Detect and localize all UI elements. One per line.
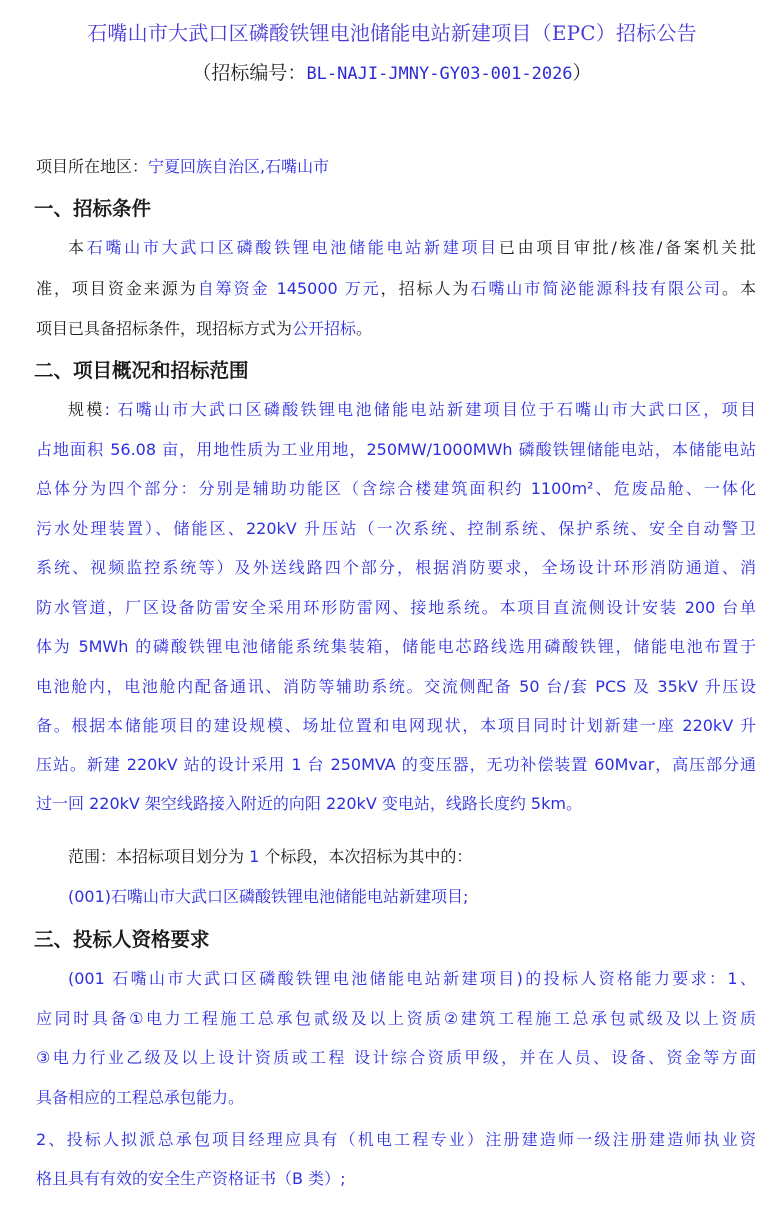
- project-name-highlight: 石嘴山市大武口区磷酸铁锂电池储能电站新建项目: [87, 238, 499, 257]
- section1-line: 项目已具备招标条件，现招标方式为公开招标。: [36, 318, 756, 340]
- text-span: 已由项目审批/核准/备案机关批: [499, 238, 756, 257]
- section-heading-tender-conditions: 一、招标条件: [34, 196, 151, 222]
- section3-line: 2、投标人拟派总承包项目经理应具有（机电工程专业）注册建造师一级注册建造师执业资: [36, 1129, 756, 1151]
- region-label: 项目所在地区：: [36, 157, 148, 176]
- section2-line: 系统、视频监控系统等）及外送线路四个部分，根据消防要求，全场设计环形消防通道、消: [36, 557, 756, 579]
- section2-line: 污水处理装置）、储能区、220kV 升压站（一次系统、控制系统、保护系统、安全自…: [36, 518, 756, 540]
- section2-line: 体为 5MWh 的磷酸铁锂电池储能系统集装箱，储能电芯路线选用磷酸铁锂，储能电池…: [36, 636, 756, 658]
- project-region: 项目所在地区：宁夏回族自治区,石嘴山市: [36, 156, 329, 178]
- section3-line: 应同时具备①电力工程施工总承包贰级及以上资质②建筑工程施工总承包贰级及以上资质: [36, 1008, 756, 1030]
- section2-line: 总体分为四个部分：分别是辅助功能区（含综合楼建筑面积约 1100m²、危废品舱、…: [36, 478, 756, 500]
- tender-number-prefix: （招标编号：: [192, 62, 306, 84]
- tender-number: （招标编号：BL-NAJI-JMNY-GY03-001-2026）: [0, 59, 784, 88]
- section-heading-bidder-qualifications: 三、投标人资格要求: [34, 927, 210, 953]
- tender-code: BL-NAJI-JMNY-GY03-001-2026: [306, 64, 572, 84]
- section2-line: 规模: 石嘴山市大武口区磷酸铁锂电池储能电站新建项目位于石嘴山市大武口区，项目: [68, 399, 756, 421]
- text-span: 。: [356, 319, 372, 338]
- section1-line: 准，项目资金来源为自筹资金 145000 万元，招标人为石嘴山市简泌能源科技有限…: [36, 278, 756, 300]
- tenderer-highlight: 石嘴山市简泌能源科技有限公司: [470, 279, 722, 298]
- scale-label: 规模: [68, 400, 105, 419]
- text-span: 项目已具备招标条件，现招标方式为: [36, 319, 292, 338]
- text-span: 准，项目资金来源为: [36, 279, 198, 298]
- funding-highlight: 自筹资金 145000 万元: [198, 279, 381, 298]
- section2-line: 防水管道，厂区设备防雷安全采用环形防雷网、接地系统。本项目直流侧设计安装 200…: [36, 597, 756, 619]
- lot-item: (001)石嘴山市大武口区磷酸铁锂电池储能电站新建项目;: [68, 886, 756, 908]
- lot-count: 1: [249, 847, 259, 866]
- text-span: : 石嘴山市大武口区磷酸铁锂电池储能电站新建项目位于石嘴山市大武口区，项目: [105, 400, 756, 419]
- section2-line: 过一回 220kV 架空线路接入附近的向阳 220kV 变电站，线路长度约 5k…: [36, 793, 756, 815]
- text-span: 。本: [722, 279, 756, 298]
- section3-line: 具备相应的工程总承包能力。: [36, 1087, 756, 1109]
- text-span: 本: [68, 238, 87, 257]
- scope-line: 范围：本招标项目划分为 1 个标段，本次招标为其中的：: [68, 846, 756, 868]
- section-heading-project-overview: 二、项目概况和招标范围: [34, 358, 249, 384]
- section3-line: ③电力行业乙级及以上设计资质或工程 设计综合资质甲级，并在人员、设备、资金等方面: [36, 1047, 756, 1069]
- section3-line: (001 石嘴山市大武口区磷酸铁锂电池储能电站新建项目)的投标人资格能力要求：1…: [68, 968, 756, 990]
- text-span: ，招标人为: [381, 279, 471, 298]
- tender-number-suffix: ）: [573, 62, 592, 84]
- text-span: 个标段，本次招标为其中的：: [264, 847, 472, 866]
- section1-line: 本石嘴山市大武口区磷酸铁锂电池储能电站新建项目已由项目审批/核准/备案机关批: [68, 237, 756, 259]
- text-span: 范围：本招标项目划分为: [68, 847, 244, 866]
- region-value: 宁夏回族自治区,石嘴山市: [148, 157, 329, 176]
- section2-line: 压站。新建 220kV 站的设计采用 1 台 250MVA 的变压器，无功补偿装…: [36, 754, 756, 776]
- section2-line: 备。根据本储能项目的建设规模、场址位置和电网现状，本项目同时计划新建一座 220…: [36, 715, 756, 737]
- section3-line: 格且具有有效的安全生产资格证书（B 类）;: [36, 1168, 756, 1190]
- tender-method-highlight: 公开招标: [292, 319, 356, 338]
- announcement-title: 石嘴山市大武口区磷酸铁锂电池储能电站新建项目（EPC）招标公告: [0, 19, 784, 47]
- section2-line: 占地面积 56.08 亩，用地性质为工业用地，250MW/1000MWh 磷酸铁…: [36, 439, 756, 461]
- section2-line: 电池舱内，电池舱内配备通讯、消防等辅助系统。交流侧配备 50 台/套 PCS 及…: [36, 676, 756, 698]
